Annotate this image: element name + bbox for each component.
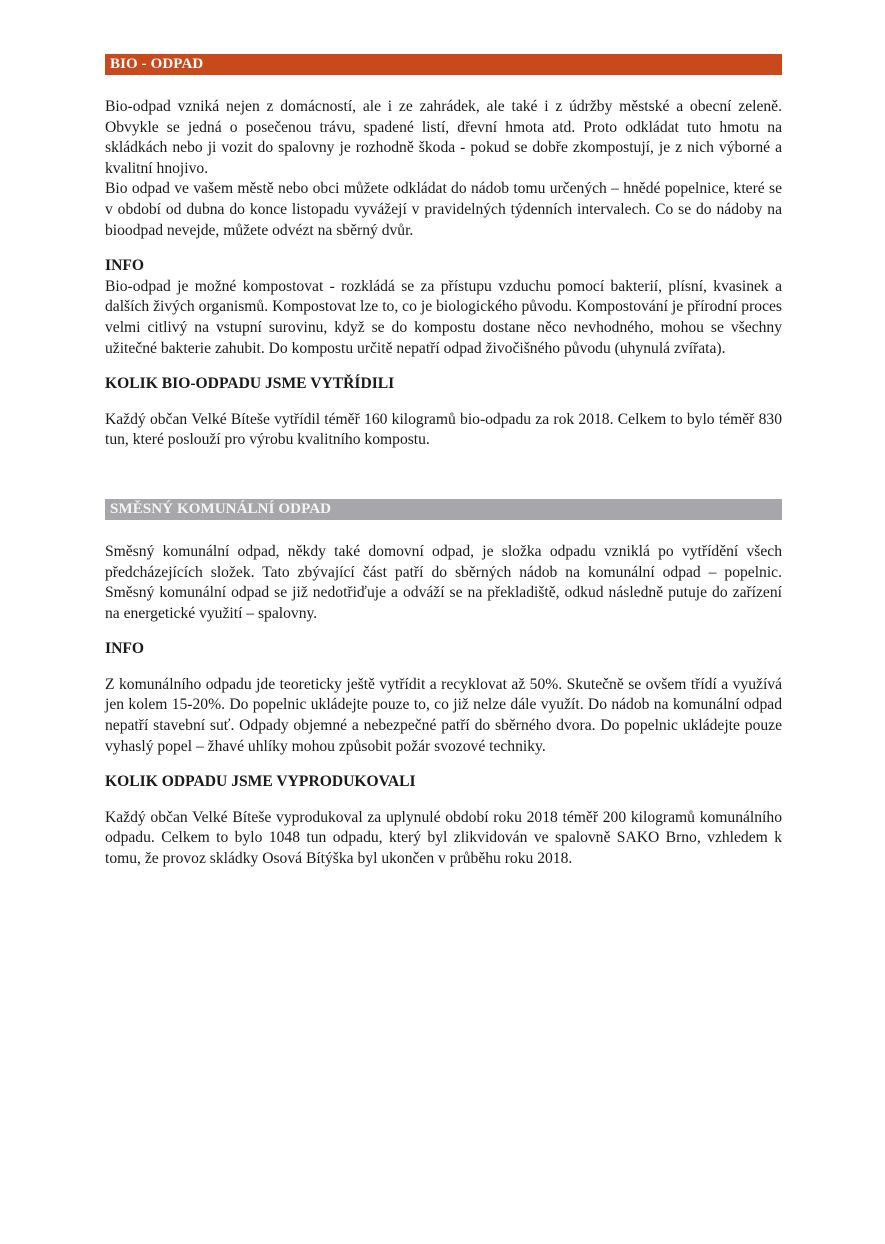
section-banner-smesny-odpad: SMĚSNÝ KOMUNÁLNÍ ODPAD — [105, 499, 782, 520]
section-banner-bio-odpad: BIO - ODPAD — [105, 54, 782, 75]
info-heading-smesny: INFO — [105, 639, 782, 660]
paragraph-smesny-info: Z komunálního odpadu jde teoreticky ješt… — [105, 675, 782, 757]
stats-heading-smesny: KOLIK ODPADU JSME VYPRODUKOVALI — [105, 772, 782, 793]
paragraph-smesny-intro: Směsný komunální odpad, někdy také domov… — [105, 542, 782, 624]
stats-heading-bio: KOLIK BIO-ODPADU JSME VYTŘÍDILI — [105, 374, 782, 395]
paragraph-bio-intro-2: Bio odpad ve vašem městě nebo obci můžet… — [105, 179, 782, 241]
paragraph-bio-intro-1: Bio-odpad vzniká nejen z domácností, ale… — [105, 97, 782, 179]
paragraph-smesny-stats: Každý občan Velké Bíteše vyprodukoval za… — [105, 808, 782, 870]
section-bio-odpad: BIO - ODPAD Bio-odpad vzniká nejen z dom… — [105, 54, 782, 451]
paragraph-bio-info: Bio-odpad je možné kompostovat - rozklád… — [105, 277, 782, 359]
section-smesny-komunalni-odpad: SMĚSNÝ KOMUNÁLNÍ ODPAD Směsný komunální … — [105, 499, 782, 870]
info-heading-bio: INFO — [105, 256, 782, 277]
paragraph-bio-stats: Každý občan Velké Bíteše vytřídil téměř … — [105, 410, 782, 451]
document-page: BIO - ODPAD Bio-odpad vzniká nejen z dom… — [105, 54, 782, 870]
